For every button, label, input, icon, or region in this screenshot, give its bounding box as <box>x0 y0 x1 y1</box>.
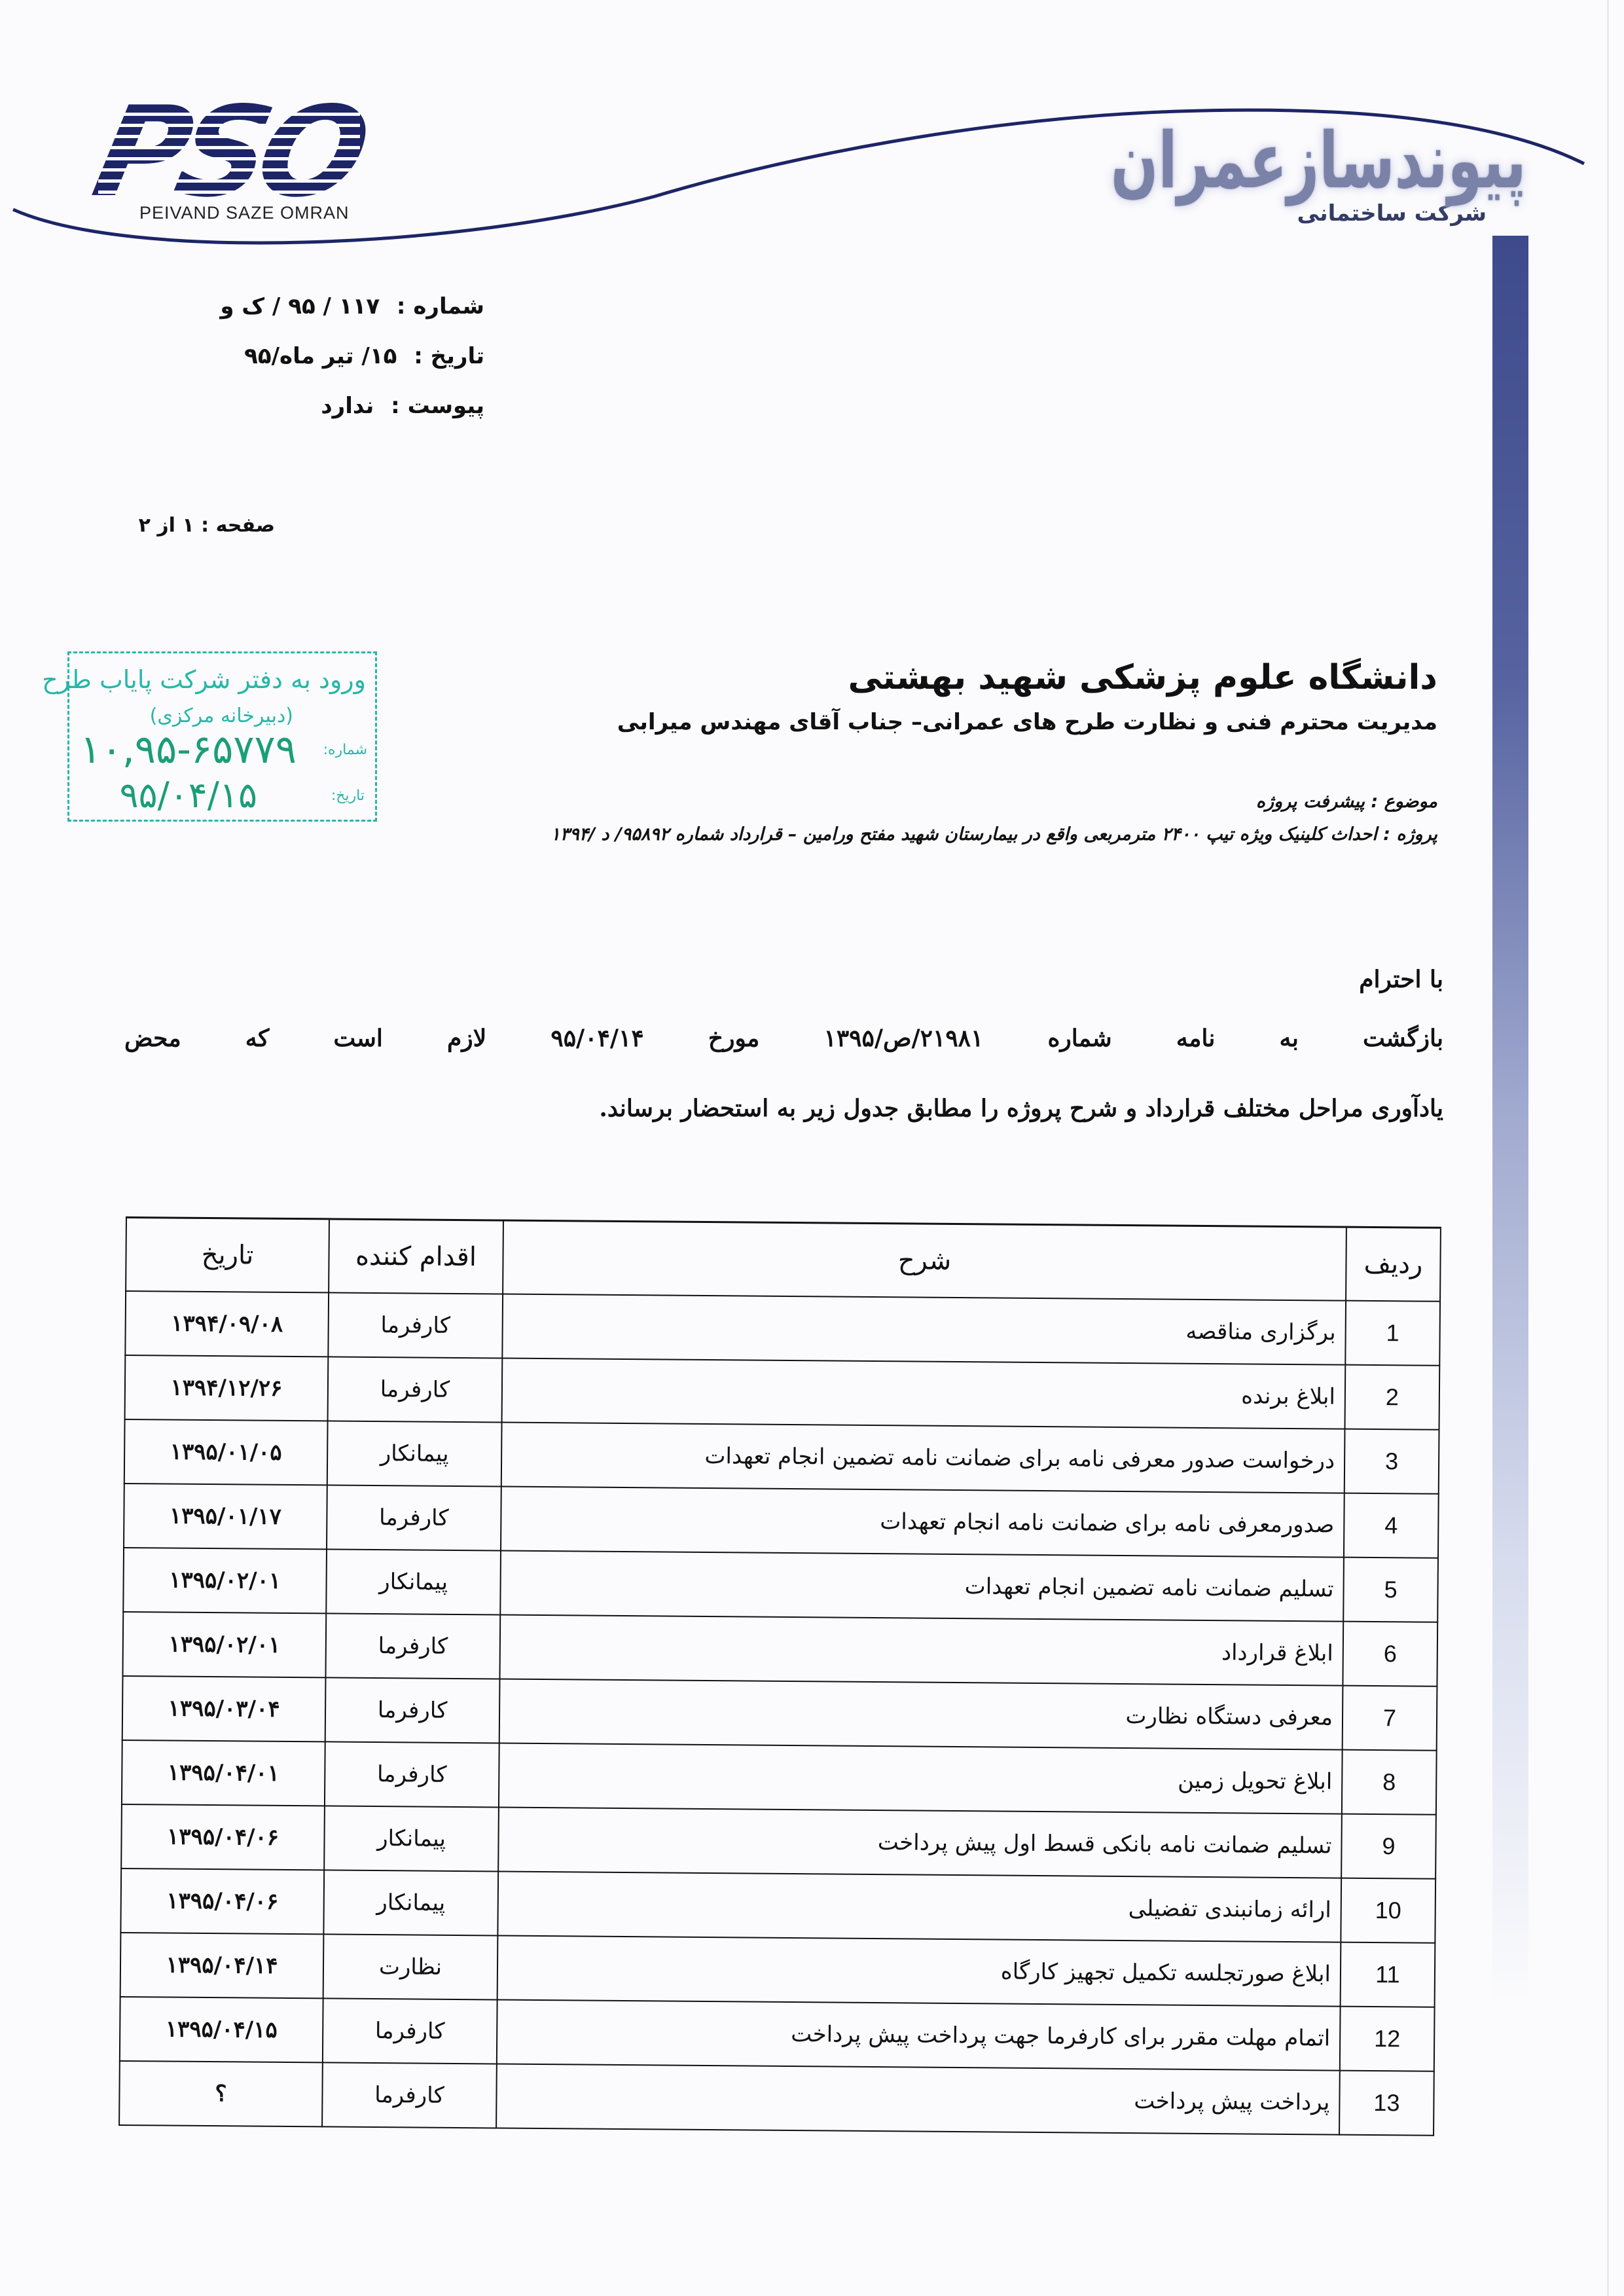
subject-topic: موضوع : پیشرفت پروژه <box>550 786 1437 818</box>
table-row: 7 معرفی دستگاه نظارت کارفرما ۱۳۹۵/۰۳/۰۴ <box>122 1676 1437 1751</box>
row-number: 2 <box>1345 1365 1440 1430</box>
letter-attachment-label: پیوست : <box>391 393 484 419</box>
stamp-number-value: ۱۰,۹۵-۶۵۷۷۹ <box>80 727 297 773</box>
letter-attachment-value: ندارد <box>321 393 374 419</box>
stamp-date-value: ۹۵/۰۴/۱۵ <box>120 774 257 816</box>
table-row: 1 برگزاری مناقصه کارفرما ۱۳۹۴/۰۹/۰۸ <box>125 1291 1440 1366</box>
row-number: 6 <box>1343 1622 1437 1686</box>
row-number: 3 <box>1344 1429 1439 1494</box>
row-number: 4 <box>1344 1493 1439 1558</box>
row-date: ۱۳۹۵/۰۴/۰۱ <box>122 1740 325 1806</box>
header-description: شرح <box>503 1220 1346 1301</box>
pso-logo: PSO PEIVAND SAZE OMRAN <box>98 105 360 210</box>
row-description: ارائه زمانبندی تفضیلی <box>497 1872 1341 1942</box>
row-actor: کارفرما <box>323 1998 497 2064</box>
row-date: ۱۳۹۵/۰۳/۰۴ <box>122 1676 326 1741</box>
row-description: معرفی دستگاه نظارت <box>499 1679 1343 1750</box>
row-description: درخواست صدور معرفی نامه برای ضمانت نامه … <box>501 1423 1345 1493</box>
row-description: ابلاغ تحویل زمین <box>499 1743 1343 1814</box>
row-actor: کارفرما <box>325 1677 500 1743</box>
header-actor: اقدام کننده <box>329 1219 503 1294</box>
letter-number: شماره : ۱۱۷ / ۹۵ / ک و <box>196 282 484 331</box>
addressee-block: دانشگاه علوم پزشکی شهید بهشتی مدیریت محت… <box>617 651 1437 740</box>
table-row: 5 تسلیم ضمانت نامه تضمین انجام تعهدات پی… <box>123 1548 1438 1622</box>
row-date: ؟ <box>119 2061 323 2126</box>
table-row: 12 اتمام مهلت مقرر برای کارفرما جهت پردا… <box>120 1997 1435 2071</box>
letter-number-value: ۱۱۷ / ۹۵ / ک و <box>220 293 380 319</box>
letter-date: تاریخ : ۱۵/ تیر ماه/۹۵ <box>196 331 484 381</box>
row-actor: کارفرما <box>327 1485 501 1550</box>
received-stamp: ورود به دفتر شرکت پایاب طرح (دبیرخانه مر… <box>67 651 377 822</box>
table-row: 10 ارائه زمانبندی تفضیلی پیمانکار ۱۳۹۵/۰… <box>120 1868 1435 1943</box>
pso-logo-caption: PEIVAND SAZE OMRAN <box>139 203 350 223</box>
row-description: پرداخت پیش پرداخت <box>496 2064 1340 2134</box>
subject-block: موضوع : پیشرفت پروژه پروژه : احداث کلینی… <box>550 786 1437 851</box>
row-date: ۱۳۹۵/۰۲/۰۱ <box>122 1612 326 1677</box>
row-actor: نظارت <box>323 1934 498 1999</box>
row-date: ۱۳۹۴/۱۲/۲۶ <box>125 1355 329 1421</box>
row-actor: کارفرما <box>328 1292 503 1358</box>
row-actor: کارفرما <box>325 1741 499 1807</box>
row-number: 5 <box>1343 1558 1438 1622</box>
letterhead-side-bar <box>1492 236 1528 2003</box>
letter-meta: شماره : ۱۱۷ / ۹۵ / ک و تاریخ : ۱۵/ تیر م… <box>196 282 484 431</box>
row-date: ۱۳۹۵/۰۲/۰۱ <box>123 1548 327 1613</box>
row-date: ۱۳۹۵/۰۴/۱۵ <box>120 1997 323 2062</box>
row-date: ۱۳۹۵/۰۱/۱۷ <box>124 1484 327 1549</box>
table-row: 9 تسلیم ضمانت نامه بانکی قسط اول پیش پرد… <box>121 1804 1436 1879</box>
row-description: تسلیم ضمانت نامه بانکی قسط اول پیش پرداخ… <box>498 1808 1342 1878</box>
stamp-subtitle: (دبیرخانه مرکزی) <box>150 704 293 727</box>
row-actor: پیمانکار <box>327 1421 502 1486</box>
row-date: ۱۳۹۵/۰۴/۱۴ <box>120 1933 324 1998</box>
row-date: ۱۳۹۵/۰۱/۰۵ <box>124 1419 328 1485</box>
row-description: اتمام مهلت مقرر برای کارفرما جهت پرداخت … <box>497 1999 1341 2070</box>
row-actor: پیمانکار <box>326 1549 501 1614</box>
row-number: 9 <box>1341 1814 1436 1879</box>
row-actor: پیمانکار <box>324 1806 499 1871</box>
table-header-row: ردیف شرح اقدام کننده تاریخ <box>126 1218 1441 1302</box>
body-paragraph-line-2: یادآوری مراحل مختلف قرارداد و شرح پروژه … <box>124 1095 1443 1122</box>
page-edge <box>1607 0 1609 2296</box>
row-description: صدورمعرفی نامه برای ضمانت نامه انجام تعه… <box>501 1487 1344 1558</box>
row-number: 8 <box>1342 1750 1437 1815</box>
row-number: 13 <box>1339 2071 1434 2136</box>
page-number: صفحه : ۱ از ۲ <box>131 514 275 537</box>
pso-logo-mark: PSO <box>88 105 370 200</box>
row-date: ۱۳۹۵/۰۴/۰۶ <box>120 1868 324 1934</box>
stamp-date-label: تاریخ: <box>331 788 365 804</box>
row-description: ابلاغ قرارداد <box>499 1615 1343 1686</box>
row-actor: کارفرما <box>328 1357 503 1422</box>
table-row: 11 ابلاغ صورتجلسه تکمیل تجهیز کارگاه نظا… <box>120 1933 1435 2007</box>
row-actor: کارفرما <box>325 1613 500 1679</box>
letter-date-label: تاریخ : <box>414 343 484 369</box>
brand-logo-fa: پیوندسازعمران شرکت ساختمانی <box>949 118 1526 227</box>
header-row-number: ردیف <box>1346 1227 1441 1302</box>
table-row: 8 ابلاغ تحویل زمین کارفرما ۱۳۹۵/۰۴/۰۱ <box>122 1740 1437 1815</box>
row-description: ابلاغ برنده <box>502 1358 1346 1429</box>
row-number: 12 <box>1340 2007 1435 2071</box>
body-paragraph-line-1: بازگشت به نامه شماره ۲۱۹۸۱/ص/۱۳۹۵ مورخ ۹… <box>124 1025 1443 1052</box>
table-row: 13 پرداخت پیش پرداخت کارفرما ؟ <box>119 2061 1434 2136</box>
row-description: ابلاغ صورتجلسه تکمیل تجهیز کارگاه <box>497 1935 1341 2006</box>
table-row: 6 ابلاغ قرارداد کارفرما ۱۳۹۵/۰۲/۰۱ <box>122 1612 1437 1686</box>
row-number: 10 <box>1341 1878 1435 1943</box>
row-number: 7 <box>1343 1686 1437 1751</box>
addressee-organization: دانشگاه علوم پزشکی شهید بهشتی <box>617 651 1437 704</box>
milestones-table: ردیف شرح اقدام کننده تاریخ 1 برگزاری منا… <box>118 1216 1441 2136</box>
letter-attachment: پیوست : ندارد <box>196 381 484 431</box>
row-number: 1 <box>1345 1301 1440 1366</box>
addressee-recipient: مدیریت محترم فنی و نظارت طرح های عمرانی–… <box>617 704 1437 740</box>
row-actor: پیمانکار <box>323 1870 498 1935</box>
table-row: 3 درخواست صدور معرفی نامه برای ضمانت نام… <box>124 1419 1439 1494</box>
table-row: 4 صدورمعرفی نامه برای ضمانت نامه انجام ت… <box>124 1484 1439 1558</box>
brand-name-fa: پیوندسازعمران <box>1110 118 1526 203</box>
subject-project: پروژه : احداث کلینیک ویژه تیپ ۲۴۰۰ مترمر… <box>550 818 1437 851</box>
row-description: برگزاری مناقصه <box>502 1294 1346 1365</box>
row-date: ۱۳۹۴/۰۹/۰۸ <box>125 1291 329 1357</box>
letter-date-value: ۱۵/ تیر ماه/۹۵ <box>244 343 397 369</box>
stamp-number-label: شماره: <box>323 742 367 758</box>
stamp-title: ورود به دفتر شرکت پایاب طرح <box>42 665 366 694</box>
table-row: 2 ابلاغ برنده کارفرما ۱۳۹۴/۱۲/۲۶ <box>125 1355 1440 1430</box>
row-actor: کارفرما <box>322 2062 497 2128</box>
greeting: با احترام <box>124 966 1443 993</box>
row-date: ۱۳۹۵/۰۴/۰۶ <box>121 1804 325 1870</box>
letter-number-label: شماره : <box>397 293 484 319</box>
row-description: تسلیم ضمانت نامه تضمین انجام تعهدات <box>500 1551 1344 1622</box>
header-date: تاریخ <box>126 1218 329 1293</box>
row-number: 11 <box>1341 1942 1435 2007</box>
